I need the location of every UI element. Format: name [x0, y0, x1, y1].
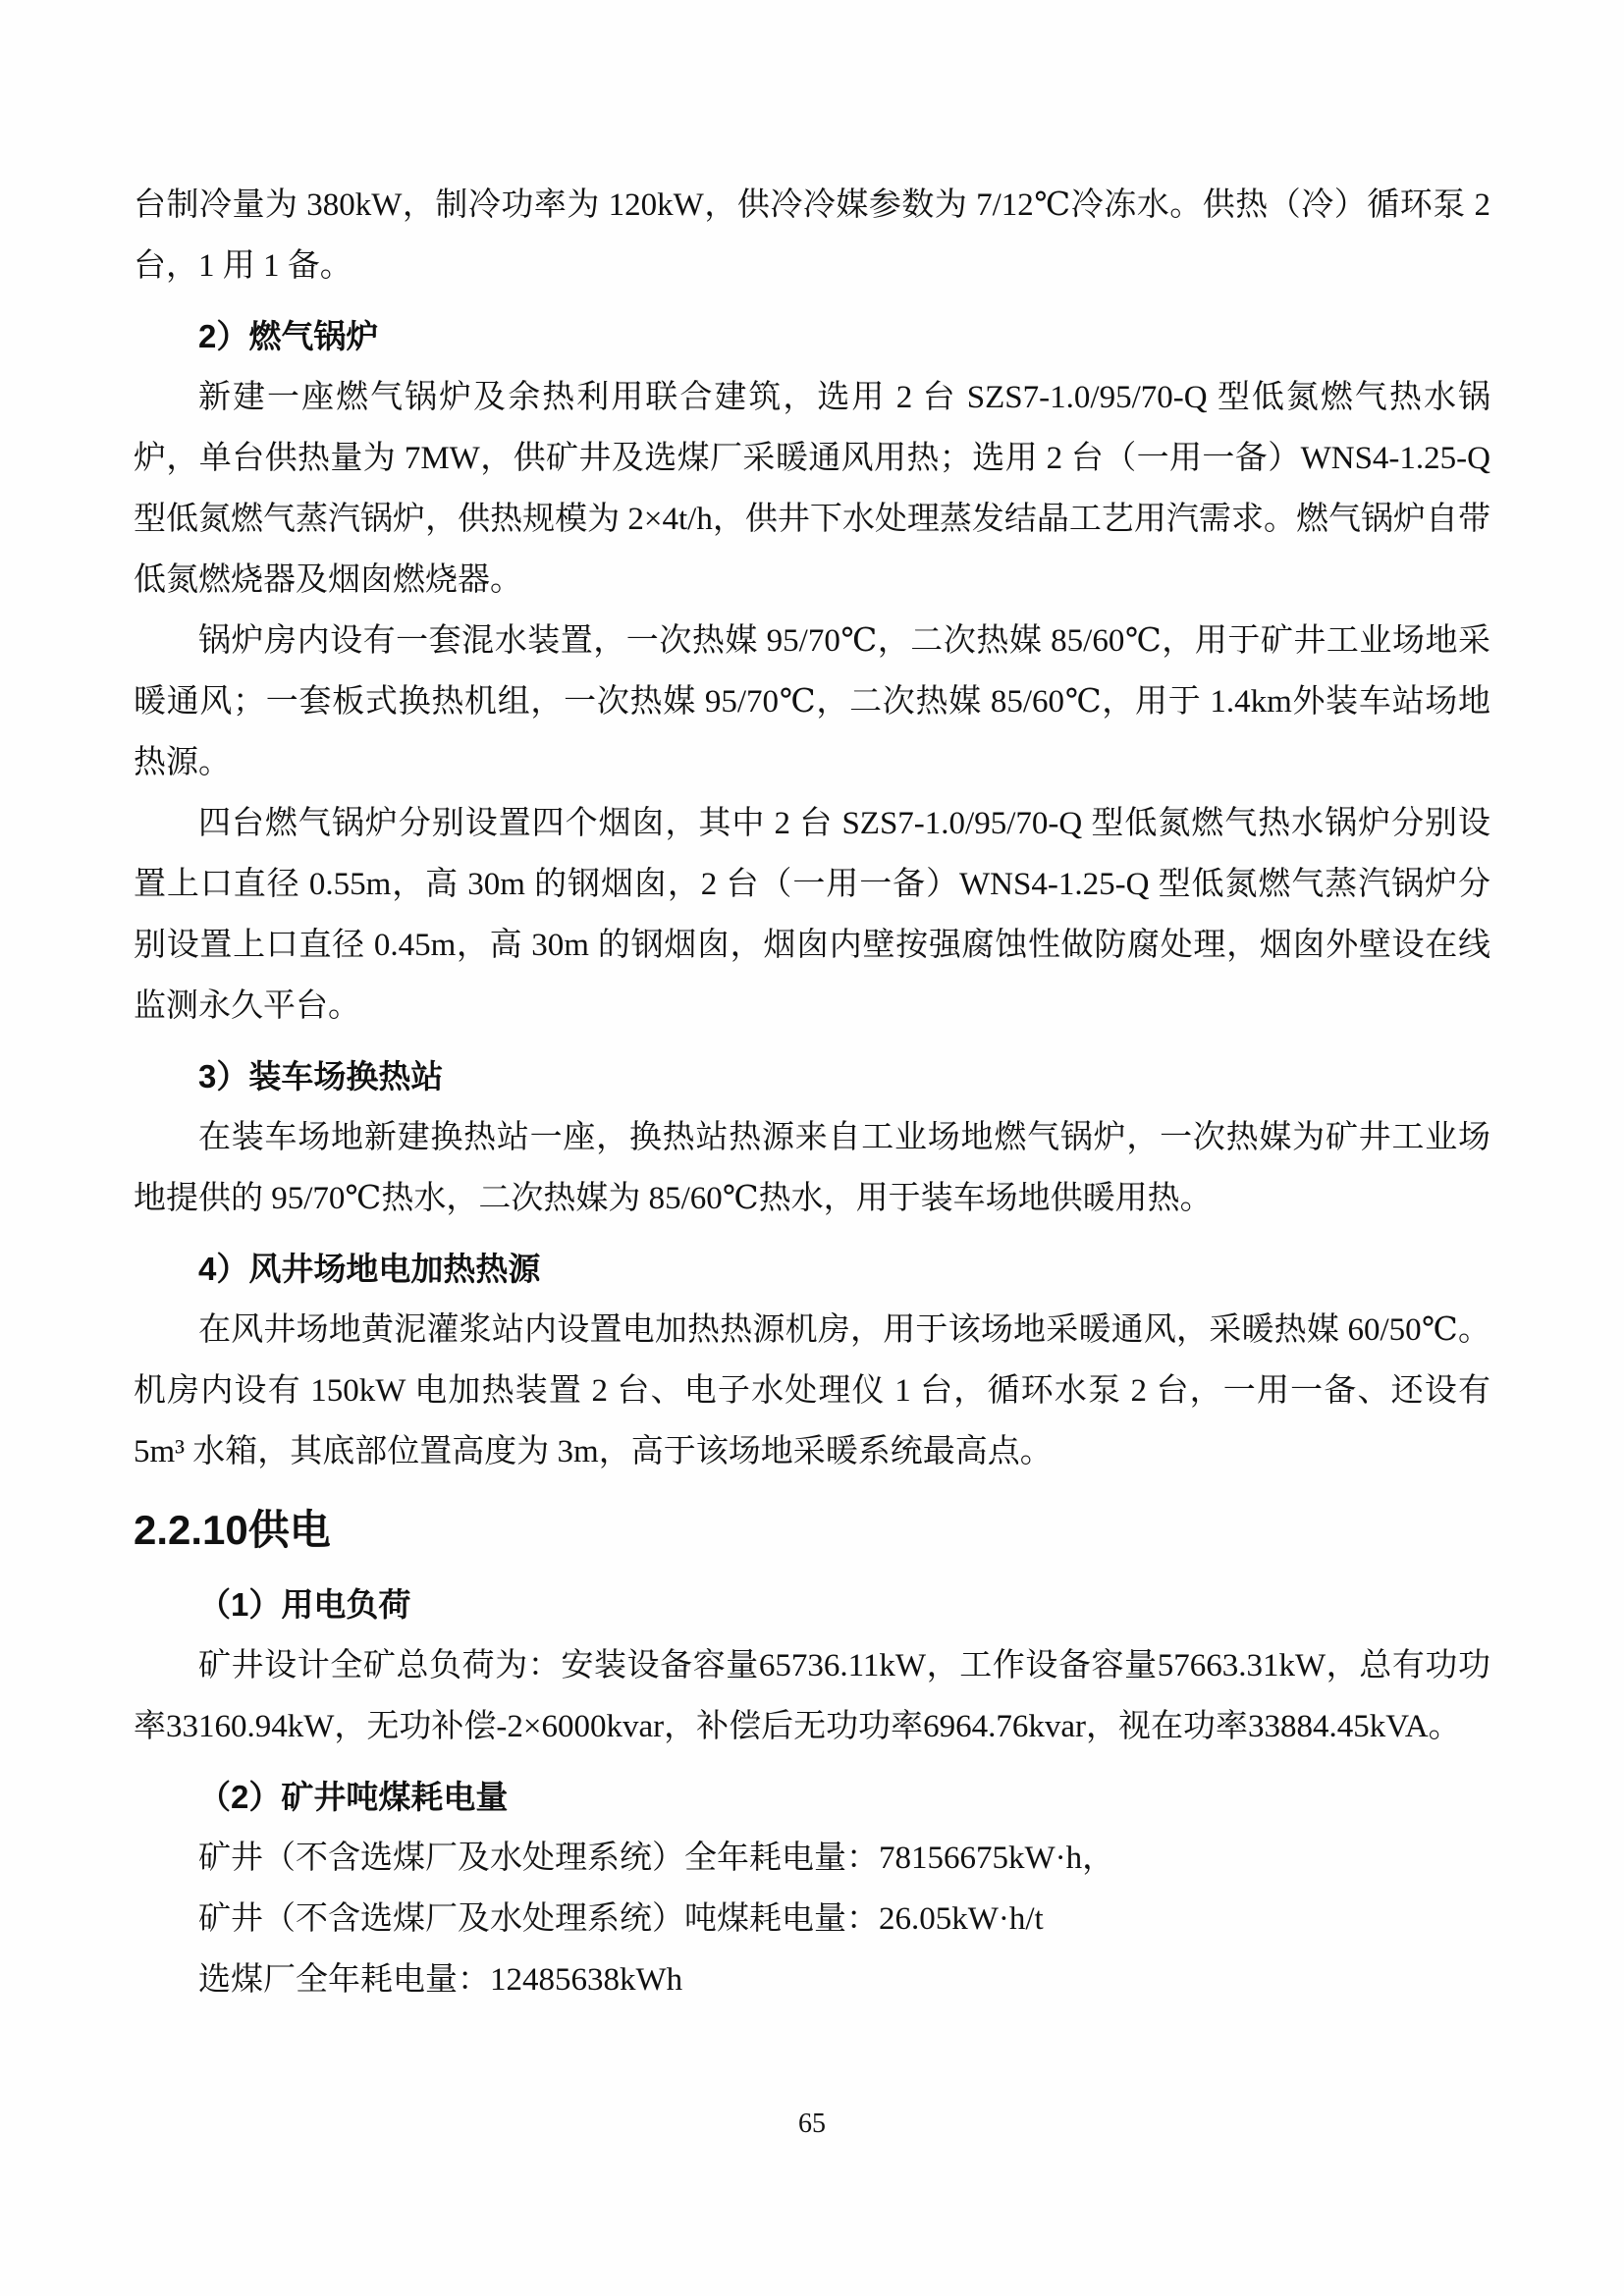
paragraph-boiler-house-equipment: 锅炉房内设有一套混水装置，一次热媒 95/70℃，二次热媒 85/60℃，用于矿… [134, 611, 1490, 793]
document-page: 台制冷量为 380kW，制冷功率为 120kW，供冷冷媒参数为 7/12℃冷冻水… [0, 0, 1624, 2296]
document-content: 台制冷量为 380kW，制冷功率为 120kW，供冷冷媒参数为 7/12℃冷冻水… [134, 175, 1490, 2010]
heading-electric-load: （1）用电负荷 [134, 1575, 1490, 1635]
heading-power-consumption-per-ton: （2）矿井吨煤耗电量 [134, 1767, 1490, 1828]
paragraph-chiller-continuation: 台制冷量为 380kW，制冷功率为 120kW，供冷冷媒参数为 7/12℃冷冻水… [134, 175, 1490, 296]
paragraph-annual-power-consumption: 矿井（不含选煤厂及水处理系统）全年耗电量：78156675kW·h， [134, 1828, 1490, 1889]
heading-gas-boiler: 2）燃气锅炉 [134, 306, 1490, 367]
heading-loading-station-heat-exchange: 3）装车场换热站 [134, 1046, 1490, 1107]
paragraph-loading-station-heat-exchange: 在装车场地新建换热站一座，换热站热源来自工业场地燃气锅炉，一次热媒为矿井工业场地… [134, 1107, 1490, 1229]
paragraph-air-shaft-electric-heating: 在风井场地黄泥灌浆站内设置电加热热源机房，用于该场地采暖通风，采暖热媒 60/5… [134, 1300, 1490, 1482]
paragraph-coal-plant-annual-consumption: 选煤厂全年耗电量：12485638kWh [134, 1949, 1490, 2010]
page-number: 65 [0, 2107, 1624, 2142]
paragraph-gas-boiler-selection: 新建一座燃气锅炉及余热利用联合建筑，选用 2 台 SZS7-1.0/95/70-… [134, 367, 1490, 611]
heading-power-supply: 2.2.10供电 [134, 1496, 1490, 1565]
paragraph-chimneys: 四台燃气锅炉分别设置四个烟囱，其中 2 台 SZS7-1.0/95/70-Q 型… [134, 793, 1490, 1037]
paragraph-per-ton-power-consumption: 矿井（不含选煤厂及水处理系统）吨煤耗电量：26.05kW·h/t [134, 1889, 1490, 1949]
paragraph-electric-load: 矿井设计全矿总负荷为：安装设备容量65736.11kW，工作设备容量57663.… [134, 1635, 1490, 1757]
heading-air-shaft-electric-heating: 4）风井场地电加热热源 [134, 1239, 1490, 1300]
